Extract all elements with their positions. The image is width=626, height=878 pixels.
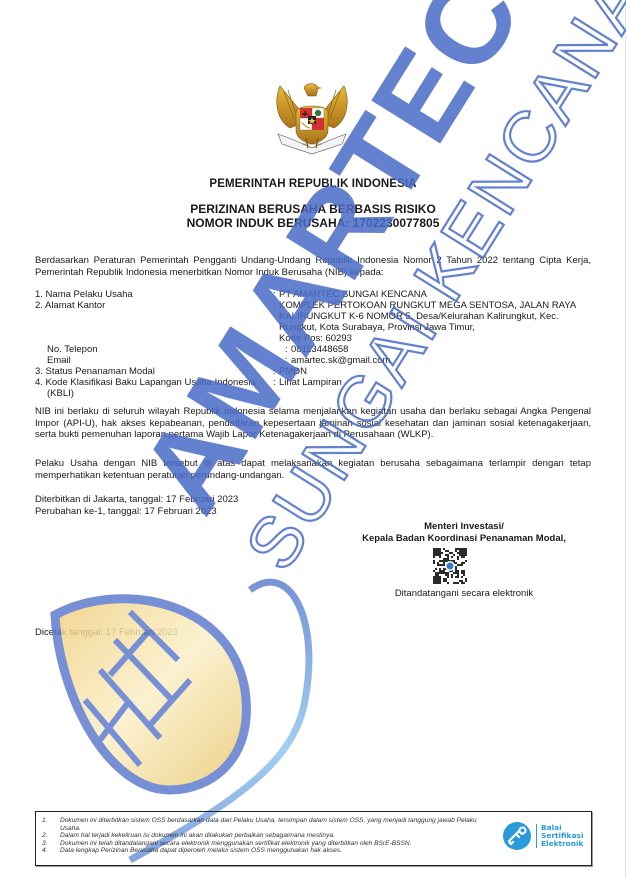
address-line-4: Kode Pos: 60293 <box>273 333 595 344</box>
qr-code-icon <box>433 548 467 584</box>
bsre-key-icon <box>502 821 532 851</box>
investment-status-value: PMDN <box>279 366 307 377</box>
field-phone: No. Telepon :08113448658 <box>35 344 595 355</box>
government-title: PEMERINTAH REPUBLIK INDONESIA <box>0 178 626 190</box>
printed-date: Dicetak tanggal: 17 Februari 2023 <box>35 627 178 638</box>
intro-paragraph: Berdasarkan Peraturan Pemerintah Penggan… <box>35 255 591 278</box>
validity-paragraph: NIB ini berlaku di seluruh wilayah Repub… <box>35 406 591 441</box>
bsre-label: Balai Sertifikasi Elektronik <box>536 824 583 849</box>
revision-date: Perubahan ke-1, tanggal: 17 Februari 202… <box>35 506 238 518</box>
signatory-line-1: Menteri Investasi/ <box>338 521 590 533</box>
email-value: amartec.sk@gmail.com <box>291 355 390 366</box>
bsre-logo: Balai Sertifikasi Elektronik <box>502 821 583 851</box>
field-email: Email :amartec.sk@gmail.com <box>35 355 595 366</box>
signatory-line-2: Kepala Badan Koordinasi Penanaman Modal, <box>338 533 590 545</box>
signatory: Menteri Investasi/ Kepala Badan Koordina… <box>338 521 590 544</box>
garuda-emblem-icon <box>272 78 352 160</box>
business-name-value: PT AMARTEC SUNGAI KENCANA <box>279 289 427 300</box>
phone-value: 08113448658 <box>291 344 348 355</box>
address-line-1: KOMPLEK PERTOKOAN RUNGKUT MEGA SENTOSA, … <box>279 300 576 311</box>
kbli-value: Lihat Lampiran <box>279 377 342 388</box>
address-line-2: KALIRUNGKUT K-6 NOMOR 5, Desa/Kelurahan … <box>273 311 595 322</box>
issued-date: Diterbitkan di Jakarta, tanggal: 17 Febr… <box>35 494 238 506</box>
nib-number: NOMOR INDUK BERUSAHA: 1702230077805 <box>0 216 626 230</box>
document-title: PERIZINAN BERUSAHA BERBASIS RISIKO NOMOR… <box>0 202 626 230</box>
field-business-name: 1. Nama Pelaku Usaha :PT AMARTEC SUNGAI … <box>35 289 595 300</box>
field-kbli: 4. Kode Klasifikasi Baku Lapangan Usaha … <box>35 377 595 399</box>
address-line-3: Rungkut, Kota Surabaya, Provinsi Jawa Ti… <box>273 322 595 333</box>
obligation-paragraph: Pelaku Usaha dengan NIB tersebut di atas… <box>35 458 591 481</box>
field-investment-status: 3. Status Penanaman Modal :PMDN <box>35 366 595 377</box>
electronic-signature-note: Ditandatangani secara elektronik <box>338 588 590 599</box>
field-office-address: 2. Alamat Kantor :KOMPLEK PERTOKOAN RUNG… <box>35 300 595 344</box>
business-details: 1. Nama Pelaku Usaha :PT AMARTEC SUNGAI … <box>35 289 595 399</box>
issue-dates: Diterbitkan di Jakarta, tanggal: 17 Febr… <box>35 494 238 517</box>
permit-type: PERIZINAN BERUSAHA BERBASIS RISIKO <box>0 202 626 216</box>
